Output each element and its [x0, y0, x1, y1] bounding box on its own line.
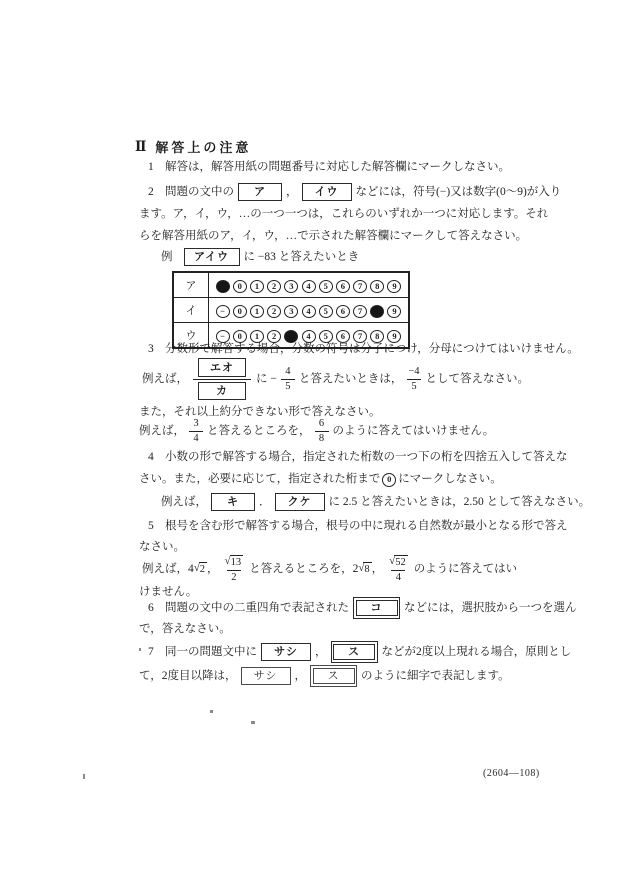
- denominator: 4: [189, 431, 203, 445]
- item-4-example: 例えば， キ ． クケ に 2.5 と答えたいときは，2.50 として答えなさい…: [161, 491, 590, 513]
- item-4-line-2: さい。また，必要に応じて，指定された桁まで 0 にマークしなさい。: [139, 472, 502, 487]
- item-2-line-3-text: らを解答用紙のア，イ，ウ，…で示された解答欄にマークして答えなさい。: [139, 229, 527, 244]
- digit-bubble: 6: [336, 330, 350, 343]
- digit-bubble: 9: [387, 280, 401, 293]
- section-title-text: 解答上の注意: [155, 137, 251, 156]
- box-ka: カ: [198, 382, 246, 401]
- item-5-example: 例えば，4 √ 2 ， √ 13 2 と答えるところを，2 √ 8 ， √: [142, 554, 517, 584]
- answer-row: ア−0123456789: [173, 272, 409, 298]
- item-3-example-2: 例えば， 3 4 と答えるところを， 6 8 のように答えてはいけません。: [139, 418, 494, 444]
- item-4-line-2a: さい。また，必要に応じて，指定された桁まで: [139, 472, 380, 487]
- numerator: 6: [317, 418, 326, 431]
- digit-bubble: 3: [284, 280, 298, 293]
- item-4-text: 小数の形で解答する場合，指定された桁数の一つ下の桁を四捨五入して答えな: [165, 450, 568, 465]
- digit-bubble: 8: [370, 280, 384, 293]
- item-1: 1 解答は，解答用紙の問題番号に対応した解答欄にマークしなさい。: [148, 160, 510, 175]
- radicand: 8: [363, 562, 371, 576]
- numerator: −4: [406, 366, 421, 379]
- fraction-4-5: 4 5: [281, 366, 295, 393]
- decimal-point: ．: [259, 495, 271, 510]
- example-line: 例 アイウ に −83 と答えたいとき: [161, 246, 359, 268]
- item-4-ex-lead: 例えば，: [161, 495, 207, 510]
- item-5-ex-lead: 例えば，4: [142, 562, 194, 577]
- item-6-line-1: 6 問題の文中の二重四角で表記された コ などには，選択肢から一つを選ん: [148, 596, 577, 620]
- digit-bubble: 2: [267, 280, 281, 293]
- digit-bubble: 0: [233, 305, 247, 318]
- item-6-line-2-text: で，答えなさい。: [139, 622, 231, 637]
- fraction-sqrt52-4: √ 52 4: [387, 555, 410, 584]
- item-5-mid: と答えるところを，2: [249, 562, 358, 577]
- sqrt-8: √ 8: [358, 562, 371, 576]
- digit-bubble: 1: [250, 305, 264, 318]
- denominator: 4: [391, 570, 405, 584]
- digit-bubble: 1: [250, 330, 264, 343]
- item-7-sep-1: ，: [315, 645, 327, 660]
- fraction-neg4-5: −4 5: [406, 366, 421, 393]
- digit-bubble: 7: [353, 330, 367, 343]
- sqrt-2: √ 2: [194, 562, 207, 576]
- digit-bubble: 5: [319, 305, 333, 318]
- item-2-tail: などには，符号(−)又は数字(0～9)が入り: [356, 185, 562, 200]
- item-3-ex2-lead: 例えば，: [139, 424, 185, 439]
- box-eo: エオ: [198, 358, 246, 377]
- item-3-text: 分数形で解答する場合，分数の符号は分子につけ，分母につけてはいけません。: [165, 342, 579, 357]
- item-6-number: 6: [148, 601, 165, 616]
- denominator: 2: [227, 570, 241, 584]
- digit-bubble: 6: [336, 280, 350, 293]
- answer-row: イ−0123456789: [173, 298, 409, 323]
- numerator: √ 52: [387, 555, 410, 570]
- denominator: 5: [407, 379, 421, 393]
- digit-bubble: 2: [267, 305, 281, 318]
- radicand: 52: [394, 555, 408, 569]
- digit-bubble: 4: [302, 330, 316, 343]
- item-5-line-2: なさい。: [139, 540, 185, 555]
- digit-bubble: 9: [387, 305, 401, 318]
- item-3-mid-1: に −: [256, 372, 277, 387]
- digit-bubble: 8: [370, 330, 384, 343]
- item-5-line-2-text: なさい。: [139, 540, 185, 555]
- digit-bubble: 0: [233, 330, 247, 343]
- answer-mark-table: ア−0123456789イ−0123456789ウ−0123456789: [172, 271, 410, 349]
- double-box-ko-label: コ: [356, 600, 398, 617]
- item-3-number: 3: [148, 342, 165, 357]
- item-1-text: 解答は，解答用紙の問題番号に対応した解答欄にマークしなさい。: [165, 160, 510, 175]
- box-ki: キ: [211, 493, 255, 512]
- example-tail: に −83 と答えたいとき: [244, 250, 360, 265]
- digit-bubble: 3: [284, 305, 298, 318]
- item-3-line-1: 3 分数形で解答する場合，分数の符号は分子につけ，分母につけてはいけません。: [148, 342, 579, 357]
- digit-bubble: 7: [353, 280, 367, 293]
- numerator: √ 13: [223, 555, 246, 570]
- radicand: 13: [230, 555, 244, 569]
- item-2-lead: 問題の文中の: [165, 185, 234, 200]
- scan-speck: [210, 710, 213, 713]
- digit-bubble: 0: [233, 280, 247, 293]
- item-2-number: 2: [148, 185, 165, 200]
- digit-bubble: 4: [302, 280, 316, 293]
- answer-bubble-cell: −0123456789: [209, 298, 410, 323]
- scan-speck: [251, 721, 255, 724]
- fraction-sqrt13-2: √ 13 2: [223, 555, 246, 584]
- sqrt-13: √ 13: [225, 555, 244, 569]
- double-box-ko: コ: [353, 597, 400, 619]
- item-7-line-2: て，2度目以降は， サシ ， ス のように細字で表記します。: [139, 664, 510, 688]
- item-4-ex-tail: に 2.5 と答えたいときは，2.50 として答えなさい。: [329, 495, 591, 510]
- item-2-sep: ，: [286, 185, 298, 200]
- item-3-tail: として答えなさい。: [426, 372, 530, 387]
- denominator: 8: [315, 431, 329, 445]
- fraction-box-group: エオ カ: [193, 358, 251, 400]
- box-a: ア: [238, 183, 282, 202]
- item-3-mid-2: と答えたいときは，: [299, 372, 403, 387]
- item-4-line-2b: にマークしなさい。: [398, 472, 502, 487]
- fraction-3-4: 3 4: [189, 418, 203, 445]
- item-3-example-1: 例えば， エオ カ に − 4 5 と答えたいときは， −4 5 として答えなさ…: [142, 356, 529, 402]
- item-6-tail: などには，選択肢から一つを選ん: [404, 601, 577, 616]
- digit-bubble: 9: [387, 330, 401, 343]
- item-2-line-2-text: ます。ア，イ，ウ，…の一つ一つは，これらのいずれか一つに対応します。それ: [139, 207, 548, 222]
- box-aiu: アイウ: [184, 248, 240, 267]
- digit-bubble: 8: [370, 305, 384, 318]
- scan-speck: [83, 774, 85, 779]
- circled-zero: 0: [382, 473, 396, 487]
- example-table-body: ア−0123456789イ−0123456789ウ−0123456789: [173, 272, 409, 348]
- item-7-lead: 同一の問題文中に: [165, 645, 257, 660]
- radicand: 2: [199, 562, 207, 576]
- fraction-6-8: 6 8: [315, 418, 329, 445]
- section-title: Ⅱ 解答上の注意: [135, 137, 251, 156]
- example-label: 例: [161, 250, 173, 265]
- item-7-line-2b: のように細字で表記します。: [361, 669, 510, 684]
- document-page: Ⅱ 解答上の注意 1 解答は，解答用紙の問題番号に対応した解答欄にマークしなさい…: [0, 0, 620, 876]
- digit-bubble: 7: [353, 305, 367, 318]
- item-2-line-2: ます。ア，イ，ウ，…の一つ一つは，これらのいずれか一つに対応します。それ: [139, 207, 548, 222]
- item-2-line-1: 2 問題の文中の ア ， イウ などには，符号(−)又は数字(0～9)が入り: [148, 181, 561, 203]
- item-7-tail-1: などが2度以上現れる場合，原則とし: [382, 645, 572, 660]
- double-box-su-thin: ス: [310, 665, 357, 687]
- digit-bubble: 3: [284, 330, 298, 343]
- digit-bubble: 6: [336, 305, 350, 318]
- box-iu: イウ: [302, 183, 352, 202]
- item-4-line-1: 4 小数の形で解答する場合，指定された桁数の一つ下の桁を四捨五入して答えな: [148, 450, 568, 465]
- item-5-number: 5: [148, 519, 165, 534]
- item-3-ex-lead: 例えば，: [142, 372, 188, 387]
- item-3-ex2-tail: のように答えてはいけません。: [333, 424, 495, 439]
- answer-row-label: イ: [173, 298, 209, 323]
- box-kuke: クケ: [275, 493, 325, 512]
- item-4-number: 4: [148, 450, 165, 465]
- section-number: Ⅱ: [135, 139, 146, 155]
- item-7-line-1: 7 同一の問題文中に サシ ， ス などが2度以上現れる場合，原則とし: [148, 640, 571, 664]
- item-7-sep-2: ，: [295, 669, 307, 684]
- item-7-number: 7: [148, 645, 165, 660]
- numerator: 3: [191, 418, 200, 431]
- digit-bubble: 5: [319, 280, 333, 293]
- double-box-su-label: ス: [333, 644, 375, 661]
- item-1-number: 1: [148, 160, 165, 175]
- page-code: (2604—108): [483, 768, 540, 779]
- denominator: 5: [281, 379, 295, 393]
- digit-bubble: 5: [319, 330, 333, 343]
- scan-speck: [139, 648, 141, 651]
- double-box-su-thin-label: ス: [313, 668, 355, 685]
- minus-bubble: −: [216, 330, 230, 343]
- answer-bubble-cell: −0123456789: [209, 272, 410, 298]
- item-5-text: 根号を含む形で解答する場合，根号の中に現れる自然数が最小となる形で答え: [165, 519, 568, 534]
- item-5-line-1: 5 根号を含む形で解答する場合，根号の中に現れる自然数が最小となる形で答え: [148, 519, 568, 534]
- double-box-su-bold: ス: [331, 641, 378, 663]
- digit-bubble: 1: [250, 280, 264, 293]
- item-6-lead: 問題の文中の二重四角で表記された: [165, 601, 349, 616]
- fraction-bar: [193, 379, 251, 380]
- item-6-line-2: で，答えなさい。: [139, 622, 231, 637]
- item-3-ex2-mid: と答えるところを，: [207, 424, 311, 439]
- item-5-tail: のように答えてはい: [414, 562, 518, 577]
- numerator: 4: [283, 366, 292, 379]
- sqrt-52: √ 52: [389, 555, 408, 569]
- minus-bubble: −: [216, 280, 230, 293]
- digit-bubble: 2: [267, 330, 281, 343]
- item-7-line-2a: て，2度目以降は，: [139, 669, 237, 684]
- minus-bubble: −: [216, 305, 230, 318]
- answer-row-label: ア: [173, 272, 209, 298]
- item-5-sep-1: ，: [207, 562, 219, 577]
- item-5-sep-2: ，: [372, 562, 384, 577]
- box-sashi-thin: サシ: [241, 667, 291, 686]
- digit-bubble: 4: [302, 305, 316, 318]
- item-2-line-3: らを解答用紙のア，イ，ウ，…で示された解答欄にマークして答えなさい。: [139, 229, 527, 244]
- box-sashi-bold: サシ: [261, 643, 311, 662]
